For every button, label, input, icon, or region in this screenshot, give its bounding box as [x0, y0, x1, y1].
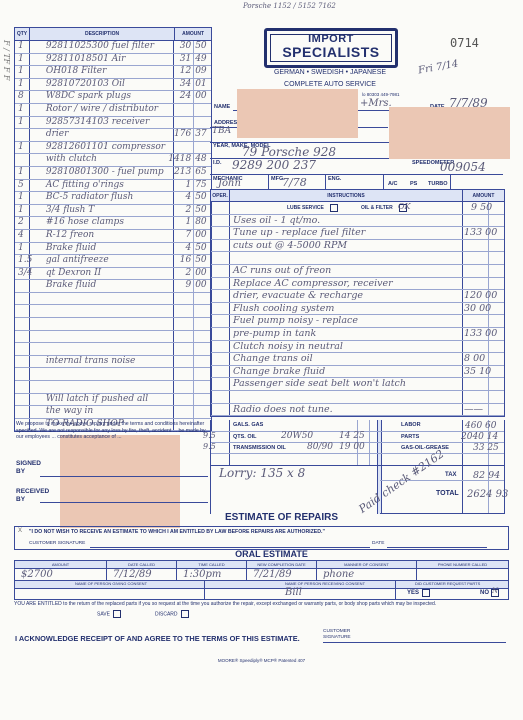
- parts-desc: Will latch if pushed all: [46, 394, 148, 405]
- note-fri: Fri 7/14: [417, 59, 459, 77]
- parts-desc: R-12 freon: [46, 230, 94, 241]
- oral-col-header: DATE CALLED: [107, 561, 177, 568]
- instruction-text: Change brake fluid: [233, 366, 325, 377]
- parts-row: drier17637: [15, 129, 211, 142]
- parts-row: with clutch141848: [15, 154, 211, 167]
- oral-estimate-title: ORAL ESTIMATE: [0, 549, 523, 559]
- customer-signature-line[interactable]: [90, 547, 370, 548]
- logo: IMPORT SPECIALISTS: [264, 28, 398, 68]
- parts-amount: 7: [185, 230, 191, 241]
- parts-row: 8W8DC spark plugs2400: [15, 91, 211, 104]
- labor-label: LABOR: [401, 422, 421, 428]
- entitled-text: YOU ARE ENTITLED to the return of the re…: [14, 601, 509, 608]
- parts-row: 13/4 flush T250: [15, 205, 211, 218]
- logo-line2: SPECIALISTS: [267, 44, 395, 60]
- parts-row: [15, 318, 211, 331]
- parts-amount: 4: [185, 192, 191, 203]
- parts-row: 3/4qt Dexron II200: [15, 268, 211, 281]
- parts-table: QTY DESCRIPTION AMOUNT 192811025300 fuel…: [14, 27, 212, 432]
- instructions-header: INSTRUCTIONS: [230, 190, 463, 201]
- receiving-consent-value: Bill: [285, 587, 302, 598]
- parts-desc: qt Dexron II: [46, 268, 101, 279]
- parts-amount: 12: [180, 66, 191, 77]
- parts-cents: 50: [195, 41, 206, 52]
- qts-oil-type: 20W50: [281, 431, 313, 441]
- trans-oil-amount: 19 00: [339, 442, 365, 452]
- oral-col-value: 1:30pm: [177, 569, 247, 580]
- parts-desc: W8DC spark plugs: [46, 91, 131, 102]
- instruction-amount: 35 10: [464, 366, 491, 377]
- parts-desc: #16 hose clamps: [46, 217, 124, 228]
- parts-desc: 3/4 flush T: [46, 205, 94, 216]
- turbo-label: TURBO: [428, 181, 448, 187]
- parts-desc: gal antifreeze: [46, 255, 109, 266]
- parts-row: [15, 305, 211, 318]
- parts-cents: 00: [195, 280, 206, 291]
- parts-row: 192810801300 - fuel pump21365: [15, 167, 211, 180]
- instruction-amount: 133 00: [464, 328, 497, 339]
- instruction-text: Clutch noisy in neutral: [233, 341, 343, 352]
- parts-amount: 1418: [168, 154, 191, 165]
- waiver-date-line[interactable]: [387, 547, 487, 548]
- parts-row: Will latch if pushed all: [15, 394, 211, 407]
- parts-row: 1Brake fluid450: [15, 243, 211, 256]
- gals-gas-label: GALS. GAS: [233, 422, 263, 428]
- instruction-row: Change brake fluid35 10: [211, 366, 504, 379]
- speedometer-value: 009054: [440, 160, 486, 174]
- address-value: TBA: [212, 126, 231, 136]
- parts-amount: 34: [180, 79, 191, 90]
- parts-qty: 1: [18, 142, 24, 153]
- amount-header: AMOUNT: [175, 28, 211, 40]
- parts-desc: 92857314103 receiver: [46, 117, 149, 128]
- parts-desc: Rotor / wire / distributor: [46, 104, 158, 115]
- oil-filter-amount: 9 50: [471, 202, 492, 213]
- instruction-row: cuts out @ 4-5000 RPM: [211, 240, 504, 253]
- description-header: DESCRIPTION: [30, 28, 175, 40]
- order-number: 0714: [450, 36, 479, 50]
- yes-checkbox[interactable]: [422, 589, 430, 597]
- instruction-text: Flush cooling system: [233, 303, 334, 314]
- receiving-consent-label: NAME OF PERSON RECEIVING CONSENT: [285, 581, 365, 586]
- id-label: I.D.: [213, 160, 222, 166]
- parts-desc: drier: [46, 129, 69, 140]
- parts-row: [15, 343, 211, 356]
- parts-cents: 01: [195, 79, 206, 90]
- qts-oil-label: QTS. OIL: [233, 434, 257, 440]
- oral-col-header: AMOUNT: [15, 561, 107, 568]
- giving-consent-label: NAME OF PERSON GIVING CONSENT: [75, 581, 147, 586]
- fluids-note: Lorry: 135 x 8: [219, 466, 305, 480]
- parts-desc: 92812601101 compressor: [46, 142, 165, 153]
- oral-col-value: 7/21/89: [247, 569, 317, 580]
- parts-desc: Brake fluid: [46, 280, 96, 291]
- instructions-table: OPER. INSTRUCTIONS AMOUNT LUBE SERVICE O…: [210, 189, 505, 417]
- save-option[interactable]: SAVE: [97, 610, 121, 618]
- instruction-row: Passenger side seat belt won't latch: [211, 378, 504, 391]
- ps-label: PS: [410, 181, 417, 187]
- customer-signature-label: CUSTOMER SIGNATURE: [29, 541, 85, 546]
- parts-row: [15, 368, 211, 381]
- instruction-row: [211, 252, 504, 265]
- parts-row: the way in: [15, 406, 211, 419]
- parts-qty: 8: [18, 91, 24, 102]
- parts-row: 1BC-5 radiator flush450: [15, 192, 211, 205]
- instruction-amount: 133 00: [464, 227, 497, 238]
- parts-qty: 1: [18, 79, 24, 90]
- id-value: 9289 200 237: [232, 158, 316, 172]
- tagline-2: COMPLETE AUTO SERVICE: [265, 81, 395, 88]
- side-marks: F / TF F F: [2, 40, 11, 80]
- oral-col-header: TIME CALLED: [177, 561, 247, 568]
- oper-header: OPER.: [211, 190, 230, 201]
- tax-value: 82 94: [473, 470, 500, 481]
- labor-value: 460 60: [465, 421, 497, 431]
- parts-row: 2#16 hose clamps180: [15, 217, 211, 230]
- request-parts-label: DID CUSTOMER REQUEST PARTS: [415, 581, 480, 586]
- no-label: NO: [480, 590, 489, 596]
- parts-desc: AC fitting o'rings: [46, 180, 124, 191]
- footer-text: MOORE® Speediply® MCP® Patented 407: [0, 658, 523, 663]
- parts-row: 192857314103 receiver: [15, 117, 211, 130]
- parts-desc: OH018 Filter: [46, 66, 107, 77]
- parts-qty: 1: [18, 104, 24, 115]
- parts-cents: 00: [195, 268, 206, 279]
- parts-row: internal trans noise: [15, 356, 211, 369]
- instr-amount-header: AMOUNT: [463, 190, 504, 201]
- address-fragment: lo 80303 449-7981: [362, 92, 400, 97]
- discard-checkbox[interactable]: [181, 610, 189, 618]
- instruction-row: Replace AC compressor, receiver: [211, 278, 504, 291]
- oral-col-value: [417, 569, 508, 580]
- instruction-text: Uses oil - 1 qt/mo.: [233, 215, 320, 226]
- parts-cents: 09: [195, 66, 206, 77]
- parts-row: 5AC fitting o'rings175: [15, 180, 211, 193]
- yes-label: YES: [407, 590, 419, 596]
- estimate-title: ESTIMATE OF REPAIRS: [0, 512, 523, 523]
- parts-amount: 2: [185, 205, 191, 216]
- parts-row: 192811025300 fuel filter3050: [15, 41, 211, 54]
- eng-label: ENG.: [328, 176, 341, 182]
- parts-cents: 50: [195, 255, 206, 266]
- parts-qty: 1: [18, 192, 24, 203]
- instruction-text: Replace AC compressor, receiver: [233, 278, 393, 289]
- instruction-amount: ——: [464, 404, 483, 415]
- trans-oil-type: 80/90: [307, 442, 333, 452]
- parts-qty: 5: [18, 180, 24, 191]
- total-label: TOTAL: [436, 490, 459, 497]
- waiver-text: "I DO NOT WISH TO RECEIVE AN ESTIMATE TO…: [29, 529, 325, 535]
- parts-amount: 1: [185, 180, 191, 191]
- parts-amount: 31: [180, 54, 191, 65]
- parts-value: 2040 14: [461, 432, 498, 442]
- oral-col-header: NEW COMPLETION DATE: [247, 561, 317, 568]
- parts-amount: 176: [174, 129, 191, 140]
- parts-row: 1.5gal antifreeze1650: [15, 255, 211, 268]
- instruction-amount: 8 00: [464, 353, 485, 364]
- parts-label: PARTS: [401, 434, 419, 440]
- parts-amount: 9: [185, 280, 191, 291]
- discard-label: DISCARD: [155, 611, 178, 617]
- save-checkbox[interactable]: [113, 610, 121, 618]
- parts-desc: the way in: [46, 406, 93, 417]
- received-by-line[interactable]: [40, 502, 208, 503]
- instruction-text: Passenger side seat belt won't latch: [233, 378, 406, 389]
- instruction-text: cuts out @ 4-5000 RPM: [233, 240, 347, 251]
- parts-cents: 37: [195, 129, 206, 140]
- parts-row: 192810720103 Oil3401: [15, 79, 211, 92]
- oral-estimate-table: AMOUNTDATE CALLEDTIME CALLEDNEW COMPLETI…: [14, 560, 509, 600]
- instruction-amount: 120 00: [464, 290, 497, 301]
- instruction-row: Change trans oil8 00: [211, 353, 504, 366]
- customer-signature-2-line[interactable]: [323, 642, 506, 643]
- no-mark: N: [492, 587, 498, 595]
- parts-row: 1Rotor / wire / distributor: [15, 104, 211, 117]
- trans-oil-qty: 9.5: [203, 442, 216, 451]
- instruction-text: AC runs out of freon: [233, 265, 331, 276]
- parts-cents: 50: [195, 243, 206, 254]
- qts-oil-amount: 14 25: [339, 431, 365, 441]
- parts-cents: 50: [195, 192, 206, 203]
- instruction-row: drier, evacuate & recharge120 00: [211, 290, 504, 303]
- parts-cents: 00: [195, 91, 206, 102]
- oral-col-value: $2700: [15, 569, 107, 580]
- qty-header: QTY: [15, 28, 30, 40]
- oil-filter-check: OK: [398, 201, 411, 212]
- parts-amount: 4: [185, 243, 191, 254]
- oral-col-header: MANNER OF CONSENT: [317, 561, 417, 568]
- parts-cents: 49: [195, 54, 206, 65]
- parts-desc: 92810801300 - fuel pump: [46, 167, 164, 178]
- instruction-row: Clutch noisy in neutral: [211, 341, 504, 354]
- parts-row: 192812601101 compressor: [15, 142, 211, 155]
- parts-cents: 48: [195, 154, 206, 165]
- instruction-text: drier, evacuate & recharge: [233, 290, 363, 301]
- instruction-row: Radio does not tune.——: [211, 404, 504, 417]
- parts-qty: 1: [18, 54, 24, 65]
- ymm-value: 79 Porsche 928: [242, 145, 336, 159]
- parts-desc: 92810720103 Oil: [46, 79, 125, 90]
- instruction-row: [211, 391, 504, 404]
- instruction-row: Uses oil - 1 qt/mo.: [211, 215, 504, 228]
- parts-amount: 16: [180, 255, 191, 266]
- oral-col-value: phone: [317, 569, 417, 580]
- total-value: 2624 93: [467, 489, 508, 500]
- instruction-row: Tune up - replace fuel filter133 00: [211, 227, 504, 240]
- waiver-mark: X: [18, 528, 22, 534]
- ac-label: A/C: [388, 181, 397, 187]
- instruction-row: Fuel pump noisy - replace: [211, 315, 504, 328]
- parts-desc: BC-5 radiator flush: [46, 192, 133, 203]
- save-label: SAVE: [97, 611, 110, 617]
- parts-desc: Brake fluid: [46, 243, 96, 254]
- parts-qty: 1: [18, 117, 24, 128]
- name-label: NAME: [214, 104, 230, 110]
- parts-desc: 92811018501 Air: [46, 54, 126, 65]
- instruction-text: Change trans oil: [233, 353, 313, 364]
- parts-qty: 2: [18, 217, 24, 228]
- instruction-text: Radio does not tune.: [233, 404, 333, 415]
- terms-text: We propose to make the above repairs und…: [16, 421, 209, 441]
- parts-amount: 30: [180, 41, 191, 52]
- parts-amount: 24: [180, 91, 191, 102]
- estimate-waiver-box: X "I DO NOT WISH TO RECEIVE AN ESTIMATE …: [14, 526, 509, 550]
- parts-qty: 1: [18, 243, 24, 254]
- mfg-value: 7/78: [282, 176, 307, 189]
- instruction-text: Tune up - replace fuel filter: [233, 227, 365, 238]
- parts-qty: 4: [18, 230, 24, 241]
- waiver-date-label: DATE: [372, 541, 384, 546]
- parts-row: [15, 293, 211, 306]
- parts-cents: 00: [195, 230, 206, 241]
- parts-amount: 213: [174, 167, 191, 178]
- signed-by-label: SIGNED BY: [16, 460, 46, 475]
- parts-row: 192811018501 Air3149: [15, 54, 211, 67]
- parts-cents: 80: [195, 217, 206, 228]
- lube-service-label: LUBE SERVICE: [287, 205, 324, 211]
- oral-col-header: PHONE NUMBER CALLED: [417, 561, 508, 568]
- parts-amount: 2: [185, 268, 191, 279]
- name-value: +Mrs.: [360, 98, 392, 109]
- parts-row: [15, 331, 211, 344]
- parts-desc: 92811025300 fuel filter: [46, 41, 154, 52]
- parts-qty: 1: [18, 167, 24, 178]
- acknowledge-text: I ACKNOWLEDGE RECEIPT OF AND AGREE TO TH…: [15, 634, 300, 643]
- parts-amount: 1: [185, 217, 191, 228]
- lube-oil-row: LUBE SERVICE OIL & FILTER OK 9 50: [211, 202, 504, 215]
- fluids-totals-block: GALS. GAS 9.5 QTS. OIL 20W50 14 25 9.5 T…: [210, 420, 505, 514]
- parts-qty: 1: [18, 205, 24, 216]
- gas-oil-grease-value: 33 25: [473, 443, 499, 453]
- parts-row: [15, 381, 211, 394]
- instruction-amount: 30 00: [464, 303, 491, 314]
- redacted-name-address: [237, 89, 358, 138]
- parts-cents: 75: [195, 180, 206, 191]
- instruction-text: pre-pump in tank: [233, 328, 316, 339]
- oral-col-value: 7/12/89: [107, 569, 177, 580]
- parts-row: 1OH018 Filter1209: [15, 66, 211, 79]
- instruction-text: Fuel pump noisy - replace: [233, 315, 358, 326]
- instruction-row: Flush cooling system30 00: [211, 303, 504, 316]
- parts-desc: internal trans noise: [46, 356, 135, 367]
- parts-qty: 1: [18, 66, 24, 77]
- oil-filter-label: OIL & FILTER: [361, 205, 393, 211]
- instruction-row: pre-pump in tank133 00: [211, 328, 504, 341]
- tagline-1: GERMAN • SWEDISH • JAPANESE: [265, 69, 395, 76]
- discard-option[interactable]: DISCARD: [155, 610, 189, 618]
- parts-cents: 50: [195, 205, 206, 216]
- received-by-label: RECEIVED BY: [16, 488, 46, 503]
- parts-qty: 1: [18, 41, 24, 52]
- parts-row: 4R-12 freon700: [15, 230, 211, 243]
- customer-signature-2-label: CUSTOMER SIGNATURE: [323, 629, 357, 641]
- parts-cents: 65: [195, 167, 206, 178]
- parts-row: Brake fluid900: [15, 280, 211, 293]
- mechanic-value: John: [218, 178, 241, 189]
- trans-oil-label: TRANSMISSION OIL: [233, 445, 286, 451]
- lube-service-checkbox[interactable]: [330, 204, 338, 212]
- top-scribble: Porsche 1152 / 5152 7162: [243, 2, 336, 10]
- signed-by-line[interactable]: [40, 476, 208, 477]
- instruction-row: AC runs out of freon: [211, 265, 504, 278]
- redacted-contact: [389, 107, 510, 159]
- tax-label: TAX: [445, 472, 457, 478]
- parts-desc: with clutch: [46, 154, 97, 165]
